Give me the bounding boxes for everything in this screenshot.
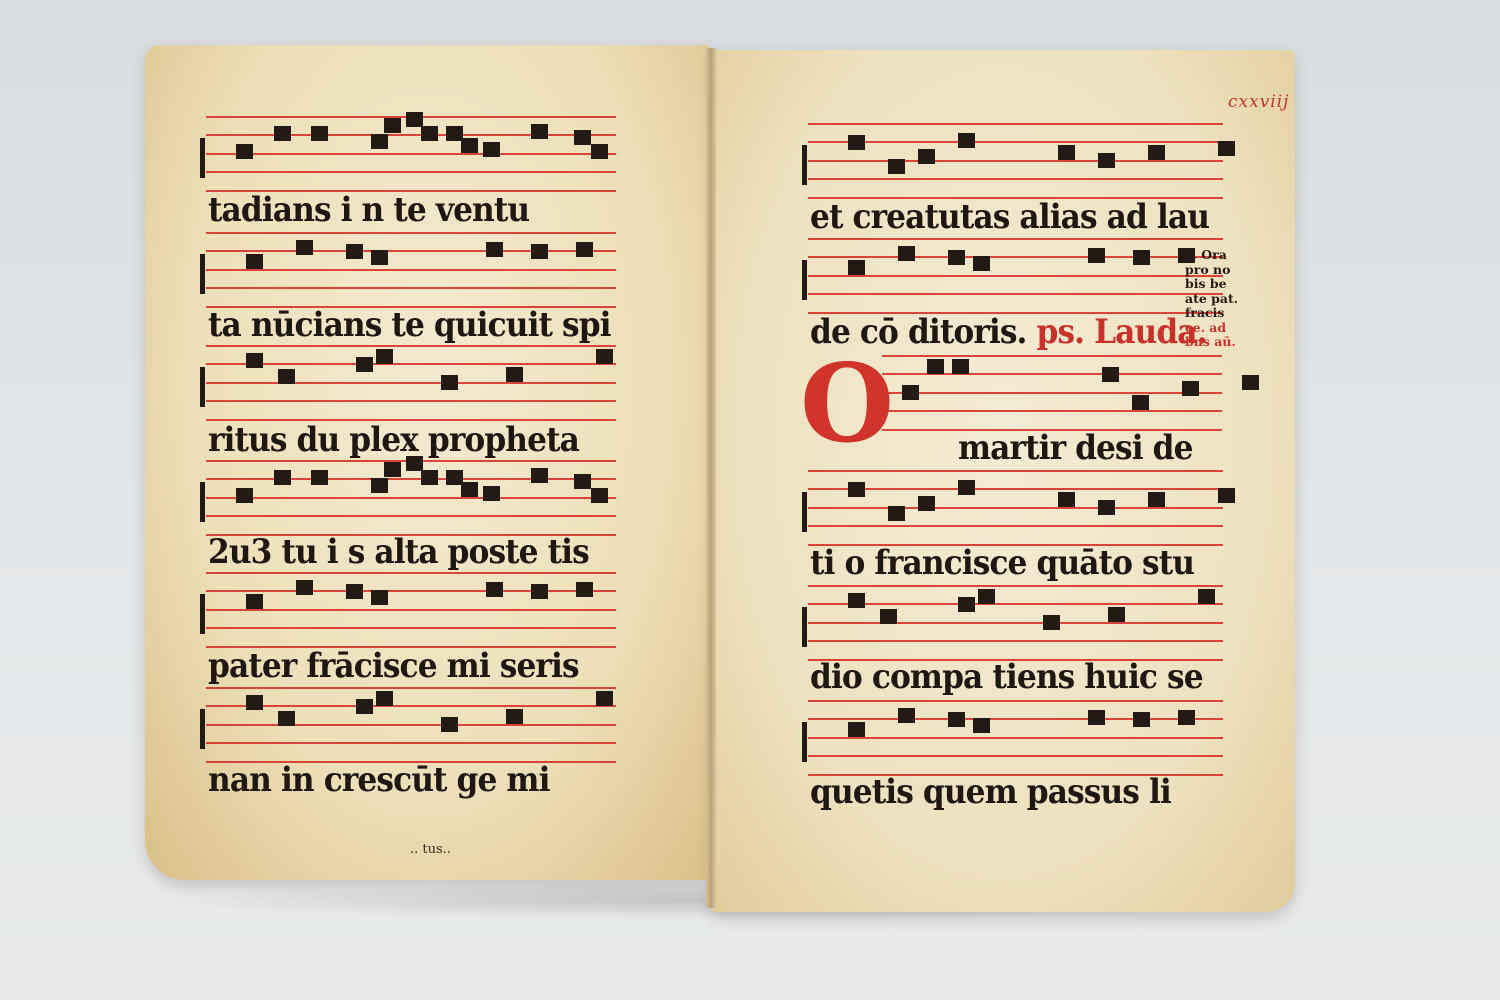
lyric-line: dio compa tiens huic se [810,657,1203,697]
neume [1058,145,1075,160]
neume [1102,367,1119,382]
music-staff [206,232,616,308]
neume [958,597,975,612]
neume [278,711,295,726]
neume [278,369,295,384]
neume [918,496,935,511]
neume [531,244,548,259]
neume [483,486,500,501]
neume [486,582,503,597]
music-staff [808,123,1223,199]
neume [848,260,865,275]
music-staff [206,460,616,536]
neume [274,470,291,485]
lyric-line: pater frācisce mi seris [208,646,579,686]
neume [483,142,500,157]
neume [371,134,388,149]
neume [311,470,328,485]
neume [958,133,975,148]
neume [346,244,363,259]
neume [296,580,313,595]
neume [384,118,401,133]
music-staff [808,238,1223,314]
neume [346,584,363,599]
lyric-line: et creatutas alias ad lau [810,197,1209,237]
neume [371,478,388,493]
neume [384,462,401,477]
neume [576,582,593,597]
rubric: ps. Lauda. [1036,312,1206,352]
neume [848,482,865,497]
neume [973,256,990,271]
neume [574,474,591,489]
neume [948,250,965,265]
folio-number: cxxviij [1228,92,1289,112]
clef-icon [200,367,205,407]
lyric-line: quetis quem passus li [810,772,1171,812]
clef-icon [200,482,205,522]
clef-icon [802,260,807,300]
music-staff [808,470,1223,546]
neume [406,112,423,127]
neume [274,126,291,141]
lyric-line: ti o francisce quāto stu [810,543,1194,583]
neume [848,593,865,608]
neume [486,242,503,257]
neume [311,126,328,141]
neume [371,250,388,265]
neume [948,712,965,727]
neume [848,135,865,150]
neume [461,482,478,497]
lyric-line: tadians i n te ventu [208,190,529,230]
neume [376,691,393,706]
lyric-line: ritus du plex propheta [208,420,579,460]
neume [596,349,613,364]
neume [1218,141,1235,156]
neume [531,584,548,599]
neume [1098,153,1115,168]
neume [574,130,591,145]
neume [888,506,905,521]
neume [898,246,915,261]
lyric-line: nan in crescūt ge mi [208,760,550,800]
neume [531,468,548,483]
neume [591,488,608,503]
clef-icon [802,607,807,647]
neume [246,695,263,710]
neume [576,242,593,257]
neume [1088,248,1105,263]
neume [356,357,373,372]
book-spine [706,48,716,908]
neume [236,488,253,503]
neume [441,717,458,732]
neume [376,349,393,364]
neume [1133,250,1150,265]
neume [1148,145,1165,160]
lyric-line: ta nūcians te quicuit spi [208,305,611,345]
neume [441,375,458,390]
music-staff [882,355,1222,431]
neume [246,254,263,269]
neume [848,722,865,737]
neume [898,708,915,723]
music-staff [206,687,616,763]
neume [1098,500,1115,515]
decorated-initial: O [800,350,894,458]
neume [371,590,388,605]
neume [1058,492,1075,507]
clef-icon [802,722,807,762]
neume [246,353,263,368]
neume [356,699,373,714]
neume [461,138,478,153]
neume [1132,395,1149,410]
clef-icon [802,145,807,185]
marginal-note: V. Orapro no bis beate pat. fracisce. ad… [1185,248,1240,350]
neume [1218,488,1235,503]
neume [880,609,897,624]
neume [421,126,438,141]
neume [888,159,905,174]
music-staff [808,585,1223,661]
neume [978,589,995,604]
neume [296,240,313,255]
neume [596,691,613,706]
neume [246,594,263,609]
neume [1198,589,1215,604]
neume [506,367,523,382]
neume [421,470,438,485]
neume [506,709,523,724]
lyric-line: martir desi de [958,428,1193,468]
music-staff [206,116,616,192]
neume [1182,381,1199,396]
neume [918,149,935,164]
neume [958,480,975,495]
neume [1108,607,1125,622]
neume [952,359,969,374]
neume [1242,375,1259,390]
neume [927,359,944,374]
neume [1178,710,1195,725]
lyric-line: 2u3 tu i s alta poste tis [208,532,589,572]
neume [531,124,548,139]
clef-icon [200,254,205,294]
neume [236,144,253,159]
neume [1133,712,1150,727]
neume [973,718,990,733]
clef-icon [200,709,205,749]
music-staff [206,345,616,421]
neume [902,385,919,400]
clef-icon [802,492,807,532]
neume [1148,492,1165,507]
neume [1043,615,1060,630]
music-staff [808,700,1223,776]
clef-icon [200,594,205,634]
neume [1088,710,1105,725]
music-staff [206,572,616,648]
clef-icon [200,138,205,178]
neume [591,144,608,159]
catchword: .. tus.. [410,842,451,857]
